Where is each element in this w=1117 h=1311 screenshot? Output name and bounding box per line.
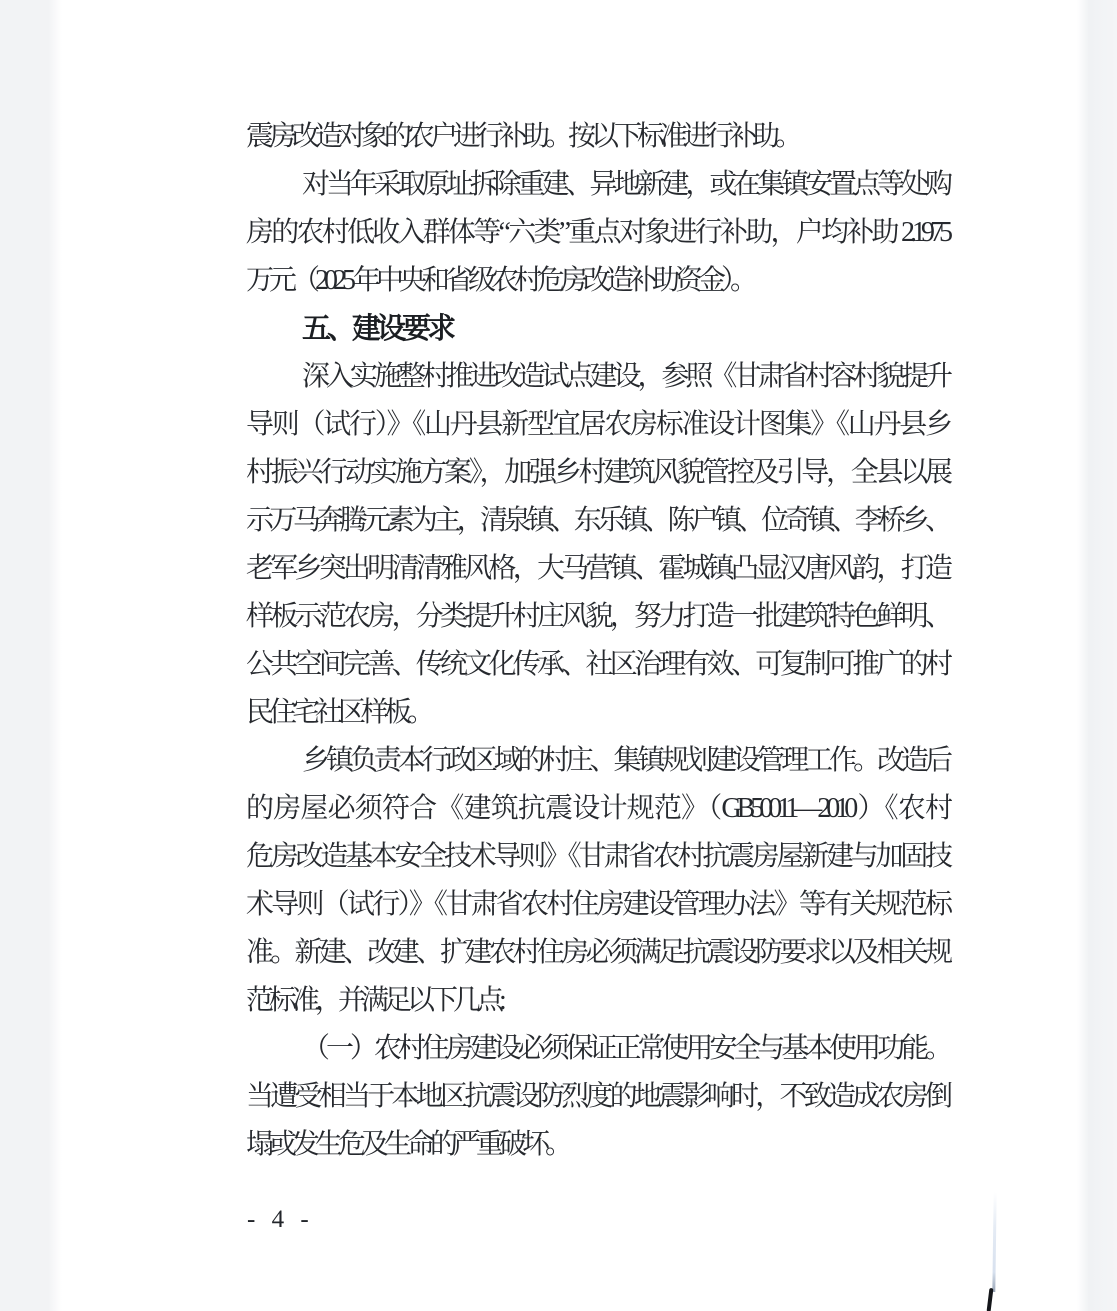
text-line: 深入实施整村推进改造试点建设，参照《甘肃省村容村貌提升 <box>246 353 948 401</box>
page-number: - 4 - <box>247 1196 314 1244</box>
text-line: 民住宅社区样板。 <box>246 689 948 737</box>
text-line: 公共空间完善、传统文化传承、社区治理有效、可复制可推广的村 <box>246 641 948 689</box>
scan-right-margin <box>1077 0 1117 1311</box>
text-line: 示万马奔腾元素为主，清泉镇、东乐镇、陈户镇、位奇镇、李桥乡、 <box>246 497 948 545</box>
text-line: 导则（试行）》《山丹县新型宜居农房标准设计图集》《山丹县乡 <box>246 401 948 449</box>
scan-left-margin <box>0 0 62 1311</box>
text-line: 塌或发生危及生命的严重破坏。 <box>246 1121 948 1169</box>
text-line: 准。新建、改建、扩建农村住房必须满足抗震设防要求以及相关规 <box>246 929 948 977</box>
text-line: 当遭受相当于本地区抗震设防烈度的地震影响时，不致造成农房倒 <box>246 1073 948 1121</box>
text-line: 万元（2025 年中央和省级农村危房改造补助资金）。 <box>246 257 948 305</box>
section-heading: 五、建设要求 <box>246 305 948 353</box>
text-line: 范标准，并满足以下几点: <box>246 977 948 1025</box>
text-line: 危房改造基本安全技术导则》《甘肃省农村抗震房屋新建与加固技 <box>246 833 948 881</box>
text-line: 乡镇负责本行政区域的村庄、集镇规划建设管理工作。改造后 <box>246 737 948 785</box>
text-line: 老军乡突出明清清雅风格，大马营镇、霍城镇凸显汉唐风韵，打造 <box>246 545 948 593</box>
text-line: 房的农村低收入群体等“六类”重点对象进行补助，户均补助 2.1975 <box>246 209 948 257</box>
scan-crease-mark <box>992 1192 996 1292</box>
text-line: （一）农村住房建设必须保证正常使用安全与基本使用功能。 <box>246 1025 948 1073</box>
scan-crease-tip <box>987 1288 994 1311</box>
text-line: 样板示范农房，分类提升村庄风貌，努力打造一批建筑特色鲜明、 <box>246 593 948 641</box>
text-line: 村振兴行动实施方案》，加强乡村建筑风貌管控及引导，全县以展 <box>246 449 948 497</box>
text-line: 对当年采取原址拆除重建、异地新建，或在集镇安置点等处购 <box>246 161 948 209</box>
text-line: 术导则（试行）》《甘肃省农村住房建设管理办法》等有关规范标 <box>246 881 948 929</box>
document-body: 震房改造对象的农户进行补助。按以下标准进行补助。对当年采取原址拆除重建、异地新建… <box>246 113 948 1169</box>
text-line: 的房屋必须符合《建筑抗震设计规范》（GB50011—2010）《农村 <box>246 785 948 833</box>
text-line: 震房改造对象的农户进行补助。按以下标准进行补助。 <box>246 113 948 161</box>
